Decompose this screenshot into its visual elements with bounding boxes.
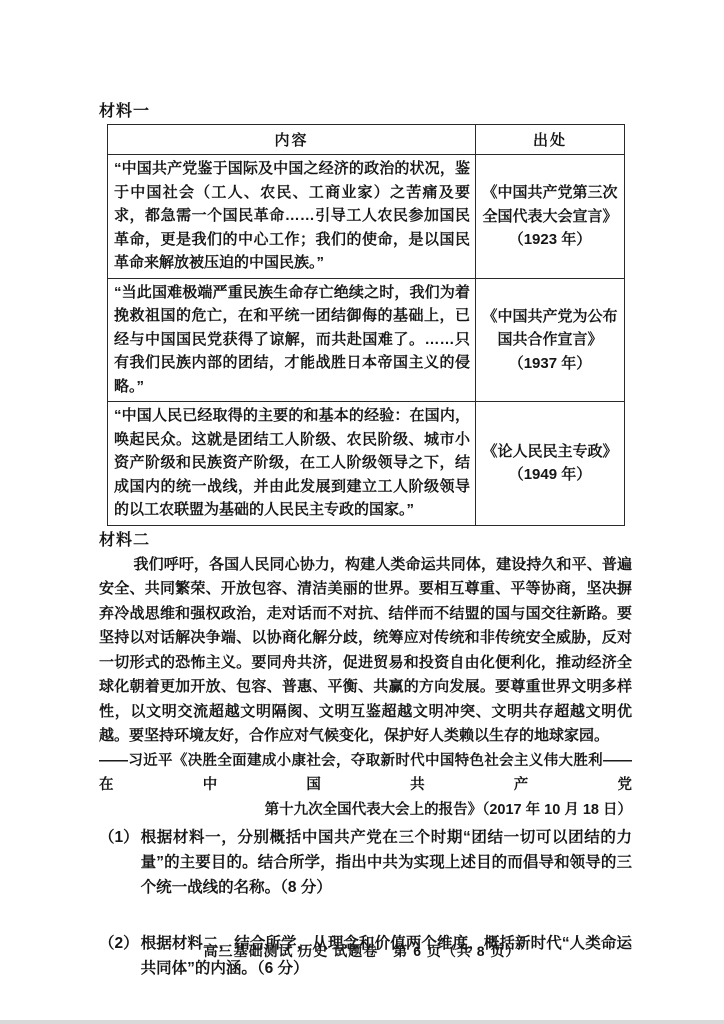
question-1-text: 根据材料一，分别概括中国共产党在三个时期“团结一切可以团结的力量”的主要目的。结… — [141, 825, 632, 900]
quote-source-1949: 《论人民民主专政》 （1949 年） — [476, 402, 625, 526]
material-one-heading: 材料一 — [99, 101, 632, 122]
question-1: （1） 根据材料一，分别概括中国共产党在三个时期“团结一切可以团结的力量”的主要… — [99, 825, 632, 900]
page-footer: 高三基础测试 历史 试题卷 第 6 页（共 8 页） — [0, 941, 724, 961]
quote-content-1923: “中国共产党鉴于国际及中国之经济的政治的状况，鉴于中国社会（工人、农民、工商业家… — [108, 155, 476, 279]
material-two-text: 我们呼吁，各国人民同心协力，构建人类命运共同体，建设持久和平、普遍安全、共同繁荣… — [99, 553, 632, 749]
quote-source-1937: 《中国共产党为公布 国共合作宣言》 （1937 年） — [476, 278, 625, 402]
citation-line-2: 第十九次全国代表大会上的报告》（2017 年 10 月 18 日） — [99, 798, 632, 823]
table-row: “中国人民已经取得的主要的和基本的经验：在国内，唤起民众。这就是团结工人阶级、农… — [108, 402, 625, 526]
question-1-number: （1） — [99, 825, 141, 900]
table-row: “中国共产党鉴于国际及中国之经济的政治的状况，鉴于中国社会（工人、农民、工商业家… — [108, 155, 625, 279]
table-header-content: 内容 — [108, 125, 476, 155]
page-content: 材料一 内容 出处 “中国共产党鉴于国际及中国之经济的政治的状况，鉴于中国社会（… — [99, 101, 632, 981]
table-header-row: 内容 出处 — [108, 125, 625, 155]
exam-page: 材料一 内容 出处 “中国共产党鉴于国际及中国之经济的政治的状况，鉴于中国社会（… — [0, 0, 724, 1024]
material-one-table: 内容 出处 “中国共产党鉴于国际及中国之经济的政治的状况，鉴于中国社会（工人、农… — [107, 124, 625, 526]
scan-edge-strip — [0, 1020, 724, 1024]
citation-line-1: ——习近平《决胜全面建成小康社会，夺取新时代中国特色社会主义伟大胜利——在中国共… — [99, 749, 632, 798]
citation: ——习近平《决胜全面建成小康社会，夺取新时代中国特色社会主义伟大胜利——在中国共… — [99, 749, 632, 823]
quote-content-1949: “中国人民已经取得的主要的和基本的经验：在国内，唤起民众。这就是团结工人阶级、农… — [108, 402, 476, 526]
table-row: “当此国难极端严重民族生命存亡绝续之时，我们为着挽救祖国的危亡，在和平统一团结御… — [108, 278, 625, 402]
material-two-heading: 材料二 — [99, 530, 632, 551]
table-header-source: 出处 — [476, 125, 625, 155]
quote-content-1937: “当此国难极端严重民族生命存亡绝续之时，我们为着挽救祖国的危亡，在和平统一团结御… — [108, 278, 476, 402]
quote-source-1923: 《中国共产党第三次 全国代表大会宣言》 （1923 年） — [476, 155, 625, 279]
